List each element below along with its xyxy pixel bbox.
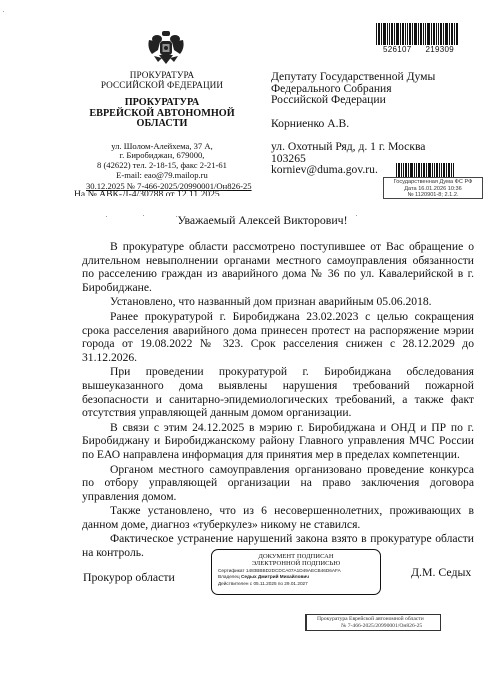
body-paragraph: Органом местного самоуправления организо… (82, 463, 474, 504)
signatory-title: Прокурор области (83, 570, 175, 585)
russian-coat-of-arms-icon (146, 30, 186, 66)
body-paragraph: Установлено, что названный дом признан а… (82, 295, 474, 309)
barcode-right-number: 219309 (426, 45, 455, 54)
esig-title-line2: ЭЛЕКТРОННОЙ ПОДПИСЬЮ (218, 560, 374, 567)
esig-validity: Действителен с 05.11.2025 по 29.01.2027 (218, 581, 374, 587)
duma-stamp-number: № 1120901-8; 2.1.2. (384, 192, 482, 199)
parent-org-line2: РОССИЙСКОЙ ФЕДЕРАЦИИ (62, 80, 262, 90)
body-paragraph: При проведении прокуратурой г. Биробиджа… (82, 365, 474, 419)
parent-org-line1: ПРОКУРАТУРА (62, 70, 262, 80)
scan-speck (176, 216, 177, 217)
barcode-top (376, 23, 486, 45)
salutation: Уважаемый Алексей Викторович! (0, 213, 489, 228)
reg-stamp-number: № 7-466-2025/20990001/Он826-25 (311, 623, 436, 630)
signatory-name: Д.М. Седых (411, 565, 471, 580)
body-paragraph: В связи с этим 24.12.2025 в мэрию г. Бир… (82, 421, 474, 462)
recipient-name: Корниенко А.В. (271, 118, 481, 130)
duma-stamp-date: Дата 16.01.2026 10:36 (384, 186, 482, 193)
body-paragraph: В прокуратуре области рассмотрено поступ… (82, 240, 474, 294)
reg-stamp-org: Прокуратура Еврейской автономной области (311, 616, 436, 623)
recipient-address-line1: ул. Охотный Ряд, д. 1 г. Москва (271, 141, 481, 153)
body-paragraph: Также установлено, что из 6 несовершенно… (82, 504, 474, 531)
sender-email: E-mail: eao@79.mailop.ru (62, 171, 262, 181)
scan-speck (356, 215, 357, 216)
scan-speck (143, 215, 144, 216)
duma-registration-stamp: Государственная Дума ФС РФ Дата 16.01.20… (383, 177, 483, 199)
sender-address: ул. Шолом-Алейхема, 37 А, г. Биробиджан,… (62, 142, 262, 181)
sender-block: ПРОКУРАТУРА РОССИЙСКОЙ ФЕДЕРАЦИИ ПРОКУРА… (62, 70, 262, 181)
org-name-line1: ПРОКУРАТУРА (62, 98, 262, 109)
barcode-top-number: 526107219309 (383, 45, 454, 54)
recipient-line1: Депутату Государственной Думы (271, 71, 481, 83)
recipient-line3: Российской Федерации (271, 94, 481, 106)
org-name-line3: ОБЛАСТИ (62, 119, 262, 130)
electronic-signature-stamp: ДОКУМЕНТ ПОДПИСАН ЭЛЕКТРОННОЙ ПОДПИСЬЮ С… (211, 549, 381, 595)
letter-body: В прокуратуре области рассмотрено поступ… (82, 240, 474, 560)
duma-stamp-line1: Государственная Дума ФС РФ (384, 179, 482, 186)
barcode-left-number: 526107 (383, 45, 412, 54)
barcode-registration (396, 163, 482, 178)
registration-stamp: Прокуратура Еврейской автономной области… (305, 614, 441, 631)
scan-speck (106, 216, 107, 217)
incoming-reference: На № АВК-Д-4/30788 от 12.11.2025 (74, 189, 220, 196)
recipient-block: Депутату Государственной Думы Федерально… (271, 71, 481, 176)
org-name: ПРОКУРАТУРА ЕВРЕЙСКОЙ АВТОНОМНОЙ ОБЛАСТИ (62, 98, 262, 130)
scan-speck (3, 11, 4, 12)
body-paragraph: Ранее прокуратурой г. Биробиджана 23.02.… (82, 310, 474, 364)
